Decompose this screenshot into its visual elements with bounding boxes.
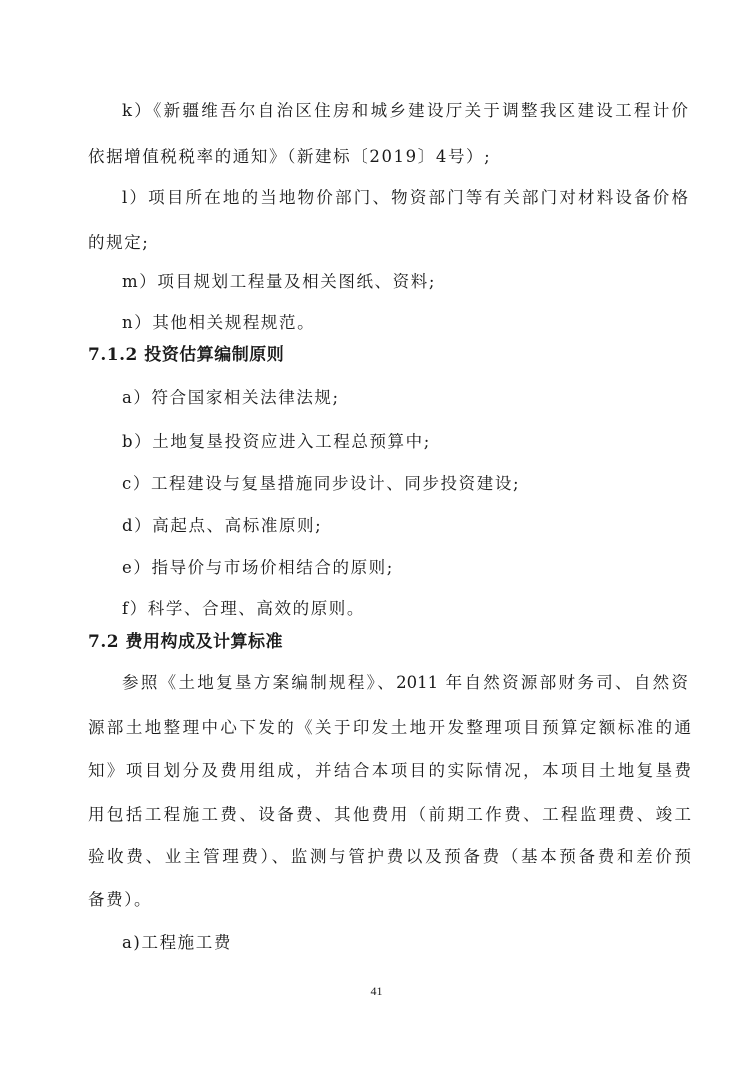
paragraph-line: 依据增值税税率的通知》（新建标〔2019〕4号）; (88, 146, 688, 168)
paragraph-line: 用包括工程施工费、设备费、其他费用（前期工作费、工程监理费、竣工 (88, 804, 691, 826)
paragraph-line: n）其他相关规程规范。 (122, 312, 722, 334)
paragraph-line: 知》项目划分及费用组成，并结合本项目的实际情况，本项目土地复垦费 (88, 760, 691, 782)
paragraph-line: 备费）。 (88, 889, 688, 911)
paragraph-line: 参照《土地复垦方案编制规程》、2011 年自然资源部财务司、自然资 (122, 672, 688, 694)
paragraph-line: c）工程建设与复垦措施同步设计、同步投资建设; (122, 473, 722, 495)
paragraph-line: m）项目规划工程量及相关图纸、资料; (122, 271, 722, 293)
paragraph-line: a)工程施工费 (122, 932, 722, 954)
paragraph-line: b）土地复垦投资应进入工程总预算中; (122, 431, 722, 453)
paragraph-line: 源部土地整理中心下发的《关于印发土地开发整理项目预算定额标准的通 (88, 717, 691, 739)
paragraph-line: e）指导价与市场价相结合的原则; (122, 557, 722, 579)
paragraph-line: a）符合国家相关法律法规; (122, 387, 722, 409)
paragraph-line: k）《新疆维吾尔自治区住房和城乡建设厅关于调整我区建设工程计价 (122, 100, 688, 122)
paragraph-line: 的规定; (88, 232, 688, 254)
paragraph-line: d）高起点、高标准原则; (122, 515, 722, 537)
paragraph-line: l）项目所在地的当地物价部门、物资部门等有关部门对材料设备价格 (122, 187, 688, 209)
page-number: 41 (0, 984, 753, 999)
paragraph-line: f）科学、合理、高效的原则。 (122, 598, 722, 620)
section-heading: 7.2 费用构成及计算标准 (88, 631, 688, 653)
paragraph-line: 验收费、业主管理费）、监测与管护费以及预备费（基本预备费和差价预 (88, 846, 691, 868)
section-heading: 7.1.2 投资估算编制原则 (88, 344, 688, 366)
